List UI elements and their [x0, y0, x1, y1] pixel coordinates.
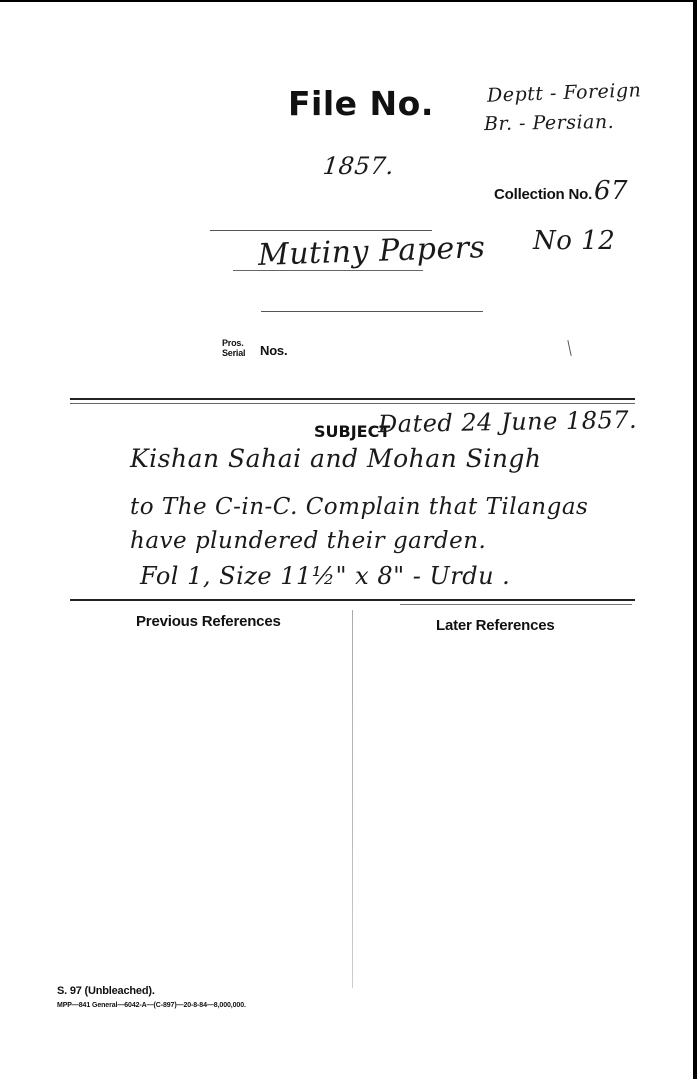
title-rule-bottom — [261, 311, 483, 312]
references-divider — [352, 610, 353, 988]
item-number: No 12 — [533, 226, 615, 256]
subject-rule-top-inner — [70, 403, 635, 404]
subject-line: Kishan Sahai and Mohan Singh — [130, 444, 542, 473]
page-border-right — [693, 0, 697, 1079]
subject-rule-top — [70, 398, 635, 400]
department-annotation: Deptt - Foreign — [487, 79, 642, 106]
printer-imprint: MPP—841 General—6042-A—(C-897)—20-8-84—8… — [57, 1002, 246, 1009]
file-year: 1857. — [322, 152, 396, 180]
previous-references-heading: Previous References — [136, 613, 281, 630]
later-references-heading: Later References — [436, 617, 555, 634]
page-border-top — [0, 0, 697, 2]
collection-label: Collection No. — [494, 186, 592, 203]
handwritten-title: Mutiny Papers — [257, 230, 486, 273]
branch-annotation: Br. - Persian. — [484, 111, 615, 135]
title-rule-top — [210, 230, 432, 231]
file-no-label: File No. — [288, 84, 434, 123]
subject-line: have plundered their garden. — [130, 528, 486, 554]
serial-label: Serial — [222, 348, 245, 358]
pros-serial-label: Pros. Serial — [222, 338, 245, 358]
subject-date: Dated 24 June 1857. — [378, 406, 638, 439]
serial-value-mark — [567, 340, 571, 356]
nos-label: Nos. — [260, 343, 287, 358]
collection-value: 67 — [594, 176, 628, 206]
pros-label: Pros. — [222, 338, 245, 348]
form-code: S. 97 (Unbleached). — [57, 985, 155, 997]
subject-line: Fol 1, Size 11½" x 8" - Urdu . — [140, 562, 510, 590]
subject-rule-bottom — [70, 599, 635, 601]
subject-rule-bottom-inner — [400, 604, 632, 605]
subject-line: to The C-in-C. Complain that Tilangas — [130, 494, 588, 520]
